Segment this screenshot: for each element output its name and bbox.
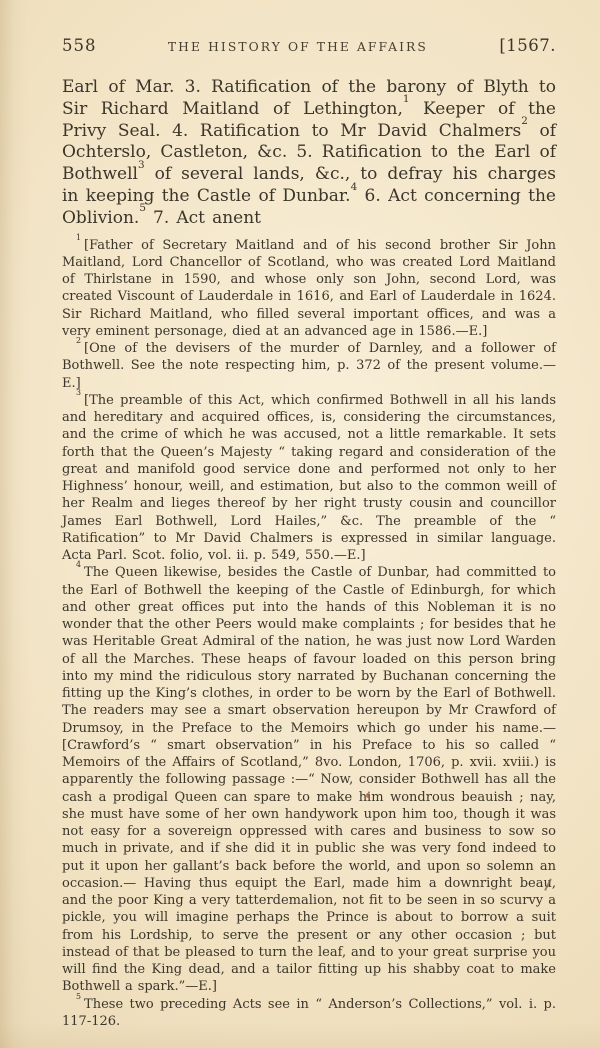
footnote-2: 2[One of the devisers of the murder of D… <box>62 340 556 392</box>
footnote-ref-5: 5 <box>139 202 146 214</box>
footnote-ref-1: 1 <box>403 93 410 105</box>
footnote-marker-2: 2 <box>76 336 81 345</box>
footnote-1: 1[Father of Secretary Maitland and of hi… <box>62 237 556 341</box>
footnote-text: [The preamble of this Act, which confirm… <box>62 393 556 563</box>
footnote-ref-3: 3 <box>138 159 145 171</box>
footnote-text: [One of the devisers of the murder of Da… <box>62 341 556 391</box>
footnote-text: [Father of Secretary Maitland and of his… <box>62 238 556 339</box>
year-marker: [1567. <box>499 36 556 55</box>
main-paragraph: Earl of Mar. 3. Ratification of the baro… <box>62 77 556 230</box>
footnote-text: These two preceding Acts see in “ Anders… <box>62 997 556 1029</box>
footnote-ref-4: 4 <box>351 181 358 193</box>
footnote-marker-1: 1 <box>76 233 81 242</box>
footnote-marker-3: 3 <box>76 388 81 397</box>
scan-speck-artifact <box>366 793 370 798</box>
footnote-3: 3[The preamble of this Act, which confir… <box>62 392 556 565</box>
footnote-marker-5: 5 <box>76 992 81 1001</box>
footnotes-section: 1[Father of Secretary Maitland and of hi… <box>62 237 556 1031</box>
main-text-block: Earl of Mar. 3. Ratification of the baro… <box>62 77 556 230</box>
footnote-text: The Queen likewise, besides the Castle o… <box>62 565 556 994</box>
running-head: 558 THE HISTORY OF THE AFFAIRS [1567. <box>62 36 556 55</box>
footnote-5: 5These two preceding Acts see in “ Ander… <box>62 996 556 1031</box>
footnote-ref-2: 2 <box>521 115 528 127</box>
page-number: 558 <box>62 36 97 55</box>
running-title: THE HISTORY OF THE AFFAIRS <box>97 40 500 54</box>
footnote-marker-4: 4 <box>76 560 81 569</box>
book-page-scan: 558 THE HISTORY OF THE AFFAIRS [1567. Ea… <box>0 0 600 1048</box>
body-text-segment: 7. Act anent <box>146 208 261 228</box>
footnote-4: 4The Queen likewise, besides the Castle … <box>62 564 556 995</box>
